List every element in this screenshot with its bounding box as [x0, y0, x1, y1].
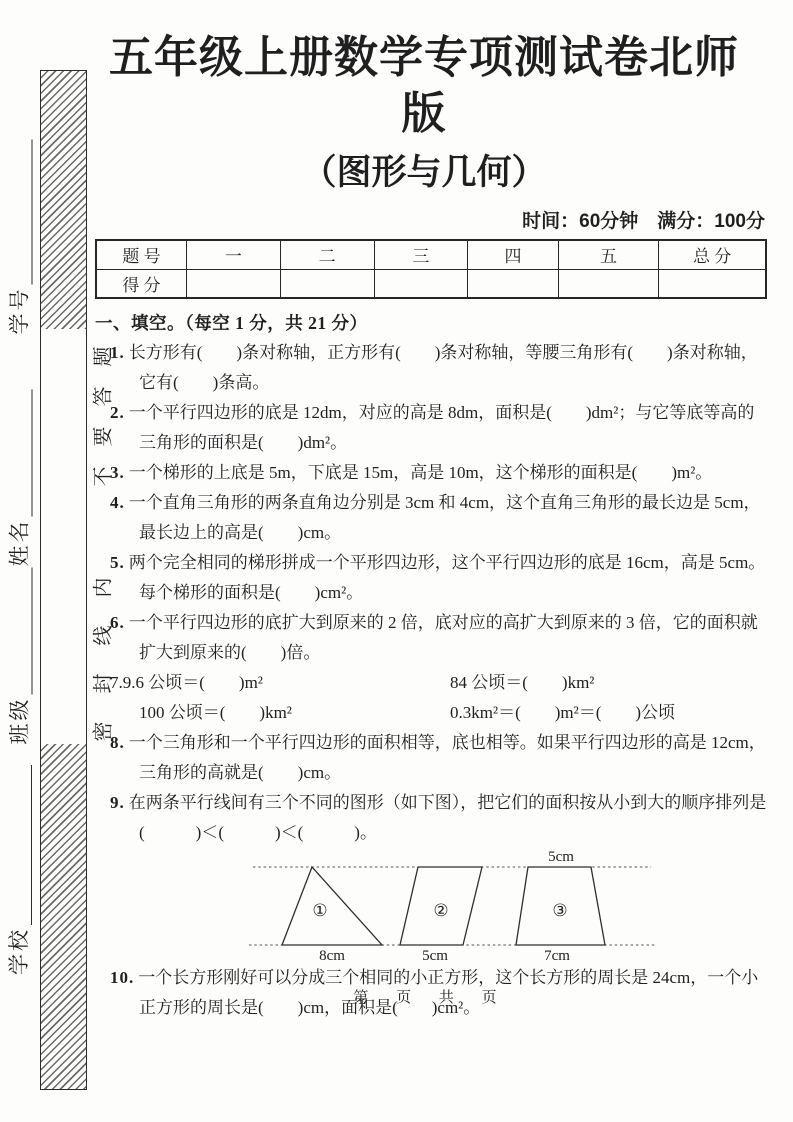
score-table-score-row: 得 分 [96, 269, 766, 298]
score-row-label: 得 分 [96, 269, 186, 298]
question-7-row-1: 7.9.6 公顷＝( )m² 84 公顷＝( )km² [110, 668, 767, 698]
question-text: 在两条平行线间有三个不同的图形（如下图），把它们的面积按从小到大的顺序排列是( … [129, 793, 767, 842]
question-number: 1. [110, 343, 125, 362]
name-label: 姓名 [7, 519, 33, 567]
score-cell-empty [659, 269, 766, 298]
question-number: 8. [110, 733, 125, 752]
score-header-cell: 总 分 [659, 240, 766, 269]
unit-conversion: 0.3km²＝( )m²＝( )公顷 [450, 698, 675, 728]
question-number: 5. [110, 553, 125, 572]
question-number: 9. [110, 793, 125, 812]
question-list: 1.长方形有( )条对称轴，正方形有( )条对称轴，等腰三角形有( )条对称轴，… [95, 338, 767, 1023]
question-text: 一个三角形和一个平行四边形的面积相等，底也相等。如果平行四边形的高是 12cm，… [129, 733, 766, 782]
trapezoid-base-label: 7cm [544, 948, 570, 963]
question-7-row-2: 100 公顷＝( )km² 0.3km²＝( )m²＝( )公顷 [110, 698, 767, 728]
triangle-shape [282, 867, 382, 945]
score-table-header-row: 题 号 一 二 三 四 五 总 分 [96, 240, 766, 269]
sidebar-field-name: 姓名 [3, 390, 33, 567]
unit-conversion: 100 公顷＝( )km² [139, 698, 450, 728]
question-5: 5.两个完全相同的梯形拼成一个平形四边形，这个平行四边形的底是 16cm，高是 … [110, 548, 767, 608]
name-blank-line [9, 390, 33, 517]
q9-shapes-figure: ① ② ③ 8cm 5cm 5cm 7cm [245, 848, 665, 963]
question-text: 一个直角三角形的两条直角边分别是 3cm 和 4cm，这个直角三角形的最长边是 … [129, 493, 761, 542]
question-text: 长方形有( )条对称轴，正方形有( )条对称轴，等腰三角形有( )条对称轴，它有… [129, 343, 758, 392]
footer-page-label: 第 页 共 页 [95, 986, 767, 1007]
parallelogram-base-label: 5cm [422, 948, 448, 963]
question-4: 4.一个直角三角形的两条直角边分别是 3cm 和 4cm，这个直角三角形的最长边… [110, 488, 767, 548]
class-blank-line [9, 568, 33, 695]
page-title: 五年级上册数学专项测试卷北师版 [95, 30, 753, 142]
exam-meta: 时间：60分钟 满分：100分 [95, 206, 767, 233]
score-cell-empty [186, 269, 280, 298]
score-cell-empty [558, 269, 659, 298]
question-1: 1.长方形有( )条对称轴，正方形有( )条对称轴，等腰三角形有( )条对称轴，… [110, 338, 767, 398]
sidebar-field-class: 班级 [3, 568, 33, 745]
score-header-cell: 二 [280, 240, 374, 269]
score-cell-empty [468, 269, 558, 298]
class-label: 班级 [7, 697, 33, 745]
question-number: 6. [110, 613, 125, 632]
trapezoid-top-label: 5cm [548, 849, 574, 865]
score-header-cell: 五 [558, 240, 659, 269]
hatch-pattern-bottom [41, 744, 86, 1089]
question-2: 2.一个平行四边形的底是 12dm，对应的高是 8dm，面积是( )dm²；与它… [110, 398, 767, 458]
score-header-cell: 题 号 [96, 240, 186, 269]
question-number: 2. [110, 403, 125, 422]
question-text: 一个平行四边形的底是 12dm，对应的高是 8dm，面积是( )dm²；与它等底… [129, 403, 755, 452]
school-blank-line [8, 765, 32, 925]
score-header-cell: 三 [374, 240, 468, 269]
score-header-cell: 四 [468, 240, 558, 269]
score-table: 题 号 一 二 三 四 五 总 分 得 分 [95, 239, 767, 299]
seal-line-strip: 不要答题 密封线内 [40, 70, 87, 1090]
school-label: 学校 [6, 927, 32, 975]
question-number: 10. [110, 968, 134, 987]
question-text: 一个梯形的上底是 5m，下底是 15m，高是 10m，这个梯形的面积是( )m²… [129, 463, 713, 482]
question-9: 9.在两条平行线间有三个不同的图形（如下图），把它们的面积按从小到大的顺序排列是… [110, 788, 767, 848]
question-8: 8.一个三角形和一个平行四边形的面积相等，底也相等。如果平行四边形的高是 12c… [110, 728, 767, 788]
sidebar-field-student-id: 学号 [3, 140, 33, 335]
unit-conversion: 7.9.6 公顷＝( )m² [110, 668, 450, 698]
shape-1-number: ① [312, 901, 327, 920]
question-3: 3.一个梯形的上底是 5m，下底是 15m，高是 10m，这个梯形的面积是( )… [110, 458, 767, 488]
shape-2-number: ② [433, 901, 448, 920]
triangle-base-label: 8cm [319, 948, 345, 963]
student-id-label: 学号 [7, 287, 33, 335]
page-header: 五年级上册数学专项测试卷北师版 （图形与几何） [95, 30, 767, 196]
score-header-cell: 一 [186, 240, 280, 269]
page-subtitle: （图形与几何） [95, 150, 753, 196]
student-id-blank-line [9, 140, 33, 285]
sidebar-field-school: 学校 [2, 765, 32, 975]
score-cell-empty [280, 269, 374, 298]
question-number: 7. [110, 673, 123, 692]
question-6: 6.一个平行四边形的底扩大到原来的 2 倍，底对应的高扩大到原来的 3 倍，它的… [110, 608, 767, 668]
question-7: 7.9.6 公顷＝( )m² 84 公顷＝( )km² 100 公顷＝( )km… [110, 668, 767, 728]
question-text: 一个平行四边形的底扩大到原来的 2 倍，底对应的高扩大到原来的 3 倍，它的面积… [129, 613, 758, 662]
question-number: 4. [110, 493, 125, 512]
question-number: 3. [110, 463, 125, 482]
unit-conversion: 84 公顷＝( )km² [450, 668, 594, 698]
question-text: 两个完全相同的梯形拼成一个平形四边形，这个平行四边形的底是 16cm，高是 5c… [129, 553, 766, 602]
section-heading: 一、填空。（每空 1 分，共 21 分） [95, 308, 767, 338]
score-cell-empty [374, 269, 468, 298]
hatch-pattern-top [41, 71, 86, 329]
exam-paper: 五年级上册数学专项测试卷北师版 （图形与几何） 时间：60分钟 满分：100分 … [95, 0, 767, 1023]
shape-3-number: ③ [552, 901, 567, 920]
